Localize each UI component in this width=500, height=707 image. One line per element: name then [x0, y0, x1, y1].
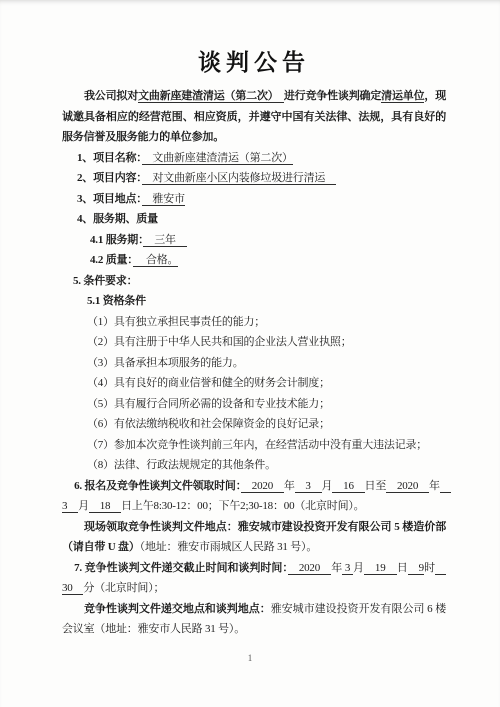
deadline-hour-word: 时 [424, 562, 435, 574]
pickup-time-tail: 日上午8:30-12：00；下午2;30-18：00（北京时间）。 [121, 500, 364, 512]
condition-item-4: （4）具有良好的商业信誉和健全的财务会计制度； [62, 373, 446, 394]
field-project-location: 3、项目地点： 雅安市 [62, 189, 446, 210]
field-service-period: 4.1 服务期： 三年 [62, 230, 446, 251]
field-service-period-label: 4.1 服务期： [90, 234, 143, 246]
deadline-month-word: 月 [353, 562, 364, 574]
pickup-year-from-blank: 2020 [241, 480, 284, 493]
deadline-day-blank: 19 [364, 562, 397, 575]
pickup-day-to-blank: 18 [89, 500, 121, 513]
deadline-year-blank: 2020 [288, 562, 331, 575]
pickup-month-to-word: 月 [78, 500, 89, 512]
condition-item-1: （1）具有独立承担民事责任的能力； [62, 312, 446, 333]
section-conditions-heading: 5. 条件要求： [62, 271, 446, 292]
pickup-day-from-blank: 16 [332, 480, 364, 493]
field-quality-label: 4.2 质量： [90, 254, 133, 266]
deadline-label: 7. 竞争性谈判文件递交截止时间和谈判时间： [74, 562, 288, 574]
field-project-content-value: 对文曲新座小区内装修垃圾进行清运 [142, 172, 336, 185]
field-service-period-value: 三年 [143, 234, 186, 247]
condition-item-2: （2）具有注册于中华人民共和国的企业法人营业执照； [62, 332, 446, 353]
submit-place-bold: 竞争性谈判文件递交地点和谈判地点： [84, 603, 271, 615]
condition-item-5: （5）具有履行合同所必需的设备和专业技术能力； [62, 394, 446, 415]
deadline-year-word: 年 [331, 562, 342, 574]
section-service-heading: 4、服务期、质量 [62, 209, 446, 230]
announcement-document: 谈判公告 我公司拟对文曲新座建渣清运（第二次） 进行竞争性谈判确定清运单位，现诚… [0, 0, 500, 707]
pickup-time-paragraph: 6. 报名及竞争性谈判文件领取时间： 2020 年 3 月 16 日至 2020… [62, 476, 446, 517]
pickup-month-from-blank: 3 [295, 480, 322, 493]
pickup-year-from-word: 年 [284, 480, 295, 492]
intro-paragraph: 我公司拟对文曲新座建渣清运（第二次） 进行竞争性谈判确定清运单位，现诚邀具备相应… [62, 86, 446, 148]
page-title: 谈判公告 [62, 44, 446, 77]
intro-mid: 进行竞争性谈判确定 [284, 90, 381, 102]
field-project-name: 1、项目名称： 文曲新座建渣清运（第二次） [62, 148, 446, 169]
section-qualification-subheading: 5.1 资格条件 [62, 291, 446, 312]
page-number: 1 [0, 653, 500, 663]
field-quality-value: 合格。 [133, 254, 179, 267]
pickup-time-label: 6. 报名及竞争性谈判文件领取时间： [74, 480, 241, 492]
pickup-place-address: （地址：雅安市雨城区人民路 31 号）。 [140, 541, 318, 553]
condition-item-6: （6）有依法缴纳税收和社会保障资金的良好记录； [62, 414, 446, 435]
pickup-month-from-word: 月 [322, 480, 333, 492]
field-project-content-label: 2、项目内容： [77, 172, 142, 184]
field-quality: 4.2 质量： 合格。 [62, 250, 446, 271]
field-project-name-label: 1、项目名称： [77, 152, 142, 164]
field-project-location-value: 雅安市 [142, 193, 185, 206]
field-project-location-label: 3、项目地点： [77, 193, 142, 205]
deadline-hour-blank: 9 [408, 562, 424, 575]
condition-item-8: （8）法律、行政法规规定的其他条件。 [62, 455, 446, 476]
field-project-content: 2、项目内容： 对文曲新座小区内装修垃圾进行清运 [62, 168, 446, 189]
deadline-month-blank: 3 [342, 562, 353, 575]
field-project-name-value: 文曲新座建渣清运（第二次） [142, 152, 293, 165]
cleanup-unit-underline: 清运单位 [381, 90, 424, 103]
deadline-paragraph: 7. 竞争性谈判文件递交截止时间和谈判时间： 2020 年 3 月 19 日 9… [62, 558, 446, 599]
pickup-year-to-blank: 2020 [386, 480, 429, 493]
pickup-place-paragraph: 现场领取竞争性谈判文件地点：雅安城市建设投资开发有限公司 5 楼造价部（请自带 … [62, 517, 446, 558]
submit-place-paragraph: 竞争性谈判文件递交地点和谈判地点：雅安城市建设投资开发有限公司 6 楼会议室（地… [62, 599, 446, 640]
condition-item-3: （3）具备承担本项服务的能力。 [62, 353, 446, 374]
project-name-underline: 文曲新座建渣清运（第二次） [138, 90, 284, 103]
deadline-tail: 分（北京时间）； [83, 582, 164, 594]
intro-pre: 我公司拟对 [84, 90, 138, 102]
pickup-year-to-word: 年 [429, 480, 440, 492]
pickup-to-word: 日至 [365, 480, 387, 492]
deadline-day-word: 日 [397, 562, 408, 574]
condition-item-7: （7）参加本次竞争性谈判前三年内，在经营活动中没有重大违法记录； [62, 435, 446, 456]
